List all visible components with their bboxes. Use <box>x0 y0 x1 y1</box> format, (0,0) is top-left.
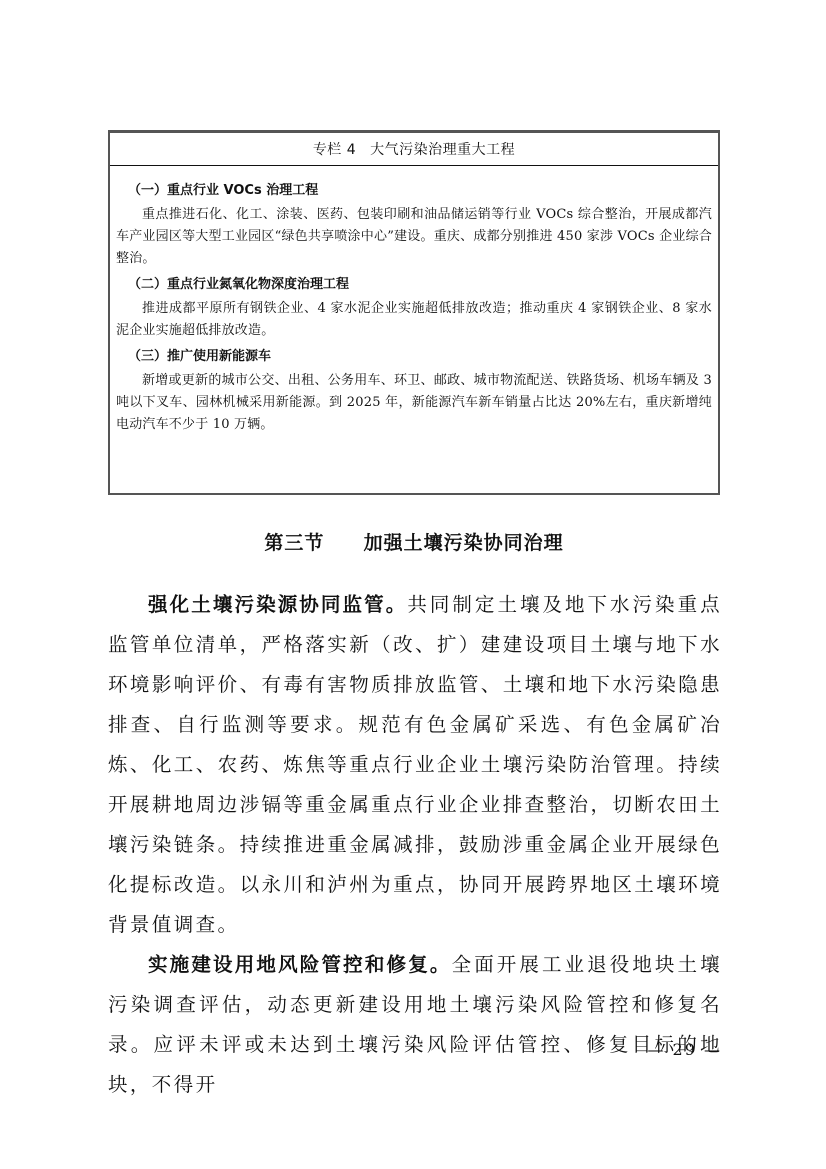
box-paragraph-1: 重点推进石化、化工、涂装、医药、包装印刷和油品储运销等行业 VOCs 综合整治，… <box>116 204 712 270</box>
box-title-prefix: 专栏 4 <box>313 139 356 159</box>
page-number: — 29 — <box>647 1040 722 1059</box>
special-column-box: 专栏 4 大气污染治理重大工程 （一）重点行业 VOCs 治理工程 重点推进石化… <box>108 130 720 495</box>
body-paragraph-1: 强化土壤污染源协同监管。共同制定土壤及地下水污染重点监管单位清单，严格落实新（改… <box>108 585 722 945</box>
box-subheading-2: （二）重点行业氮氧化物深度治理工程 <box>116 274 712 296</box>
section-title-text: 加强土壤污染协同治理 <box>364 532 564 554</box>
box-body: （一）重点行业 VOCs 治理工程 重点推进石化、化工、涂装、医药、包装印刷和油… <box>110 166 718 436</box>
box-title-text: 大气污染治理重大工程 <box>370 139 515 159</box>
paragraph-lead: 实施建设用地风险管控和修复。 <box>148 953 452 976</box>
box-paragraph-3: 新增或更新的城市公交、出租、公务用车、环卫、邮政、城市物流配送、铁路货场、机场车… <box>116 370 712 436</box>
paragraph-text: 共同制定土壤及地下水污染重点监管单位清单，严格落实新（改、扩）建建设项目土壤与地… <box>108 593 722 936</box>
box-paragraph-2: 推进成都平原所有钢铁企业、4 家水泥企业实施超低排放改造；推动重庆 4 家钢铁企… <box>116 298 712 342</box>
paragraph-lead: 强化土壤污染源协同监管。 <box>148 593 407 616</box>
section-title: 第三节 加强土壤污染协同治理 <box>108 528 720 555</box>
box-subheading-1: （一）重点行业 VOCs 治理工程 <box>116 180 712 202</box>
main-body: 强化土壤污染源协同监管。共同制定土壤及地下水污染重点监管单位清单，严格落实新（改… <box>108 585 722 1105</box>
box-subheading-3: （三）推广使用新能源车 <box>116 346 712 368</box>
body-paragraph-2: 实施建设用地风险管控和修复。全面开展工业退役地块土壤污染调查评估，动态更新建设用… <box>108 945 722 1105</box>
box-title: 专栏 4 大气污染治理重大工程 <box>110 133 718 166</box>
section-number: 第三节 <box>264 532 324 554</box>
